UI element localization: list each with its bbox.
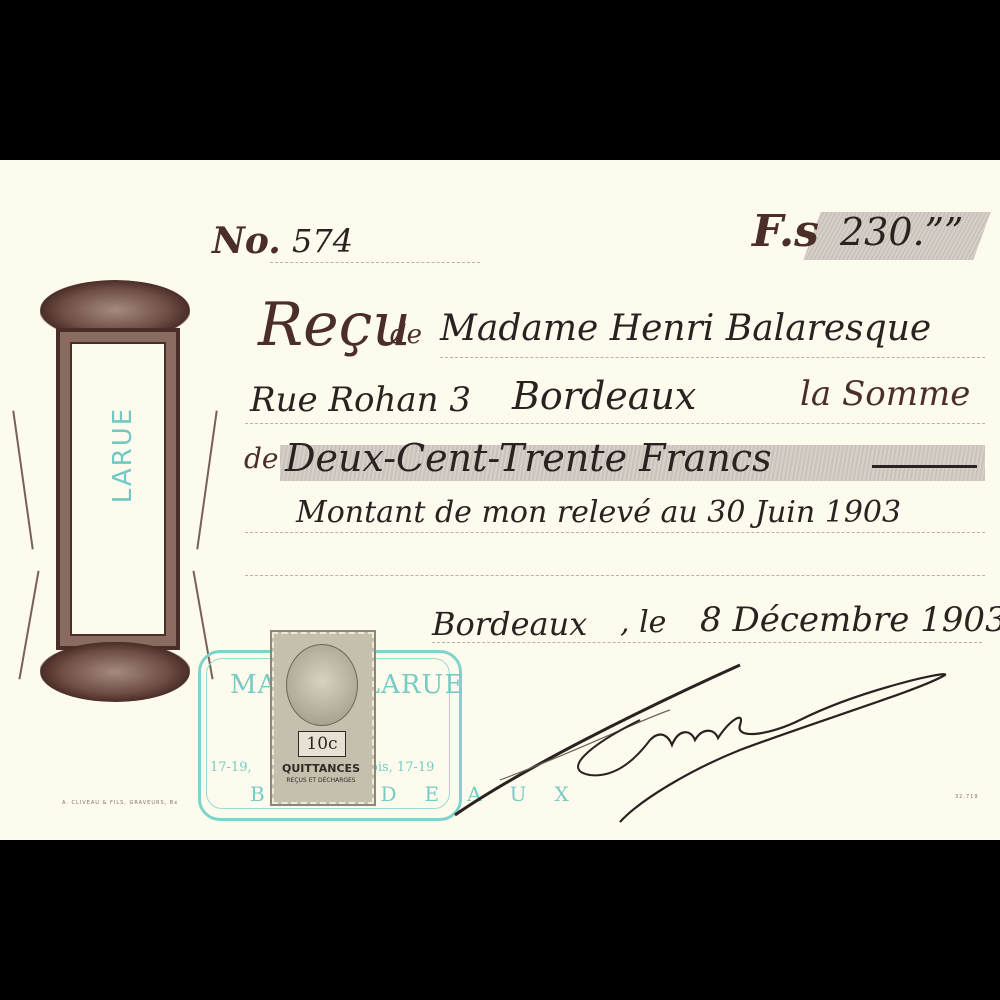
date: 8 Décembre 1903 <box>700 600 1000 640</box>
palm-leaf-right <box>196 411 217 550</box>
company-stamp-address-left: 17-19, <box>210 760 252 775</box>
receipt-purpose: Montant de mon relevé au 30 Juin 1903 <box>296 495 901 530</box>
amount-prefix: F.s <box>752 206 819 257</box>
palm-leaf-left-lower <box>18 571 39 680</box>
signature-flourish <box>440 650 980 830</box>
receipt-document: LARUE No. 574 F.s 230.”” Reçu de Madame … <box>0 160 1000 840</box>
company-stamp-address-right: ois, 17-19 <box>370 760 434 775</box>
payer-address: Rue Rohan 3 <box>250 380 471 420</box>
de-label: de <box>390 320 422 350</box>
amount-figure: 230.”” <box>840 210 963 254</box>
amount-in-words: Deux-Cent-Trente Francs <box>285 436 772 480</box>
recu-heading: Reçu <box>258 290 411 360</box>
payer-rule <box>440 357 985 358</box>
form-code: 32,719 <box>955 794 979 800</box>
printer-imprint: A. CLIVEAU & FILS, GRAVEURS, Bx <box>62 800 178 806</box>
date-rule <box>432 642 982 643</box>
date-prefix: , le <box>620 605 666 640</box>
revenue-stamp: 10c QUITTANCES REÇUS ET DÉCHARGES <box>272 632 374 804</box>
revenue-stamp-value: 10c <box>298 731 346 757</box>
la-somme-label: la Somme <box>800 374 970 414</box>
payer-name: Madame Henri Balaresque <box>440 308 931 349</box>
number-label: No. <box>212 220 281 262</box>
blank-rule <box>245 575 985 576</box>
receipt-number: 574 <box>292 222 353 260</box>
revenue-stamp-title: QUITTANCES <box>276 762 366 775</box>
amount-dash <box>872 465 977 468</box>
purpose-rule <box>245 532 985 533</box>
number-rule <box>270 262 480 263</box>
marianne-medallion-icon <box>286 644 358 726</box>
place: Bordeaux <box>432 605 587 643</box>
de-label-2: de <box>244 442 279 475</box>
frame-crest-top <box>40 280 190 340</box>
address-rule <box>245 423 985 424</box>
frame-crest-bottom <box>40 642 190 702</box>
larue-vertical-stamp: LARUE <box>108 407 138 503</box>
palm-leaf-left <box>12 411 33 550</box>
payer-city: Bordeaux <box>512 374 696 418</box>
revenue-stamp-subtitle: REÇUS ET DÉCHARGES <box>276 777 366 784</box>
